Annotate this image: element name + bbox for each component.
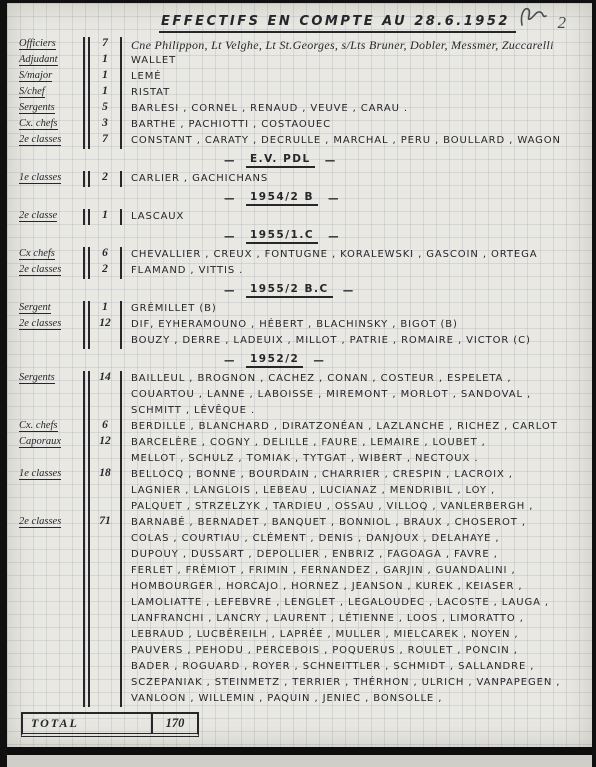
names-cell: CONSTANT , CARATY , DECRULLE , MARCHAL ,… [122,133,592,149]
count-cell: 6 [90,419,120,435]
double-rule [83,209,90,225]
count-cell: 1 [90,301,120,317]
rank-label: Sergent [19,302,51,314]
rank-label: 2e classes [19,134,61,146]
names-cell: CARLIER , GACHICHANS [122,171,592,187]
names-cell: WALLET [122,53,592,69]
rank-cell: Sergents [19,101,83,117]
roster-row: 2e classes7CONSTANT , CARATY , DECRULLE … [19,133,592,149]
count-cell: 1 [90,53,120,69]
name-line: PALQUET , STRZELZYK , TARDIEU , OSSAU , … [131,499,592,515]
name-line: HOMBOURGER , HORCAJO , HORNEZ , JEANSON … [131,579,592,595]
dash-right-icon: — [328,193,340,205]
name-line: LEBRAUD , LUCBÉREILH , LAPRÉE , MULLER ,… [131,627,592,643]
roster-body: Officiers7Cne Philippon, Lt Velghe, Lt S… [7,37,592,707]
name-line: LASCAUX [131,209,592,225]
count-cell: 6 [90,247,120,263]
rank-cell: Cx. chefs [19,419,83,435]
roster-row: 2e classes71BARNABÉ , BERNADET , BANQUET… [19,515,592,707]
rank-label: 2e classes [19,516,61,528]
rank-cell: Officiers [19,37,83,53]
roster-row: Adjudant1WALLET [19,53,592,69]
double-rule [83,133,90,149]
double-rule [83,37,90,53]
section-header-label: 1954/2 B [246,191,318,206]
rank-label: Cx. chefs [19,420,58,432]
name-line: LAMOLIATTE , LEFEBVRE , LENGLET , LEGALO… [131,595,592,611]
name-line: BARTHE , PACHIOTTI , COSTAOUEC [131,117,592,133]
count-cell: 1 [90,69,120,85]
roster-row: Sergents14BAILLEUL , BROGNON , CACHEZ , … [19,371,592,419]
rank-cell: S/chef [19,85,83,101]
rank-label: Officiers [19,38,56,50]
double-rule [83,419,90,435]
name-line: BARNABÉ , BERNADET , BANQUET , BONNIOL ,… [131,515,592,531]
name-line: BADER , ROGUARD , ROYER , SCHNEITTLER , … [131,659,592,675]
name-line: LANFRANCHI , LANCRY , LAURENT , LÉTIENNE… [131,611,592,627]
section-header: —1954/2 B— [19,190,592,207]
rank-label: 2e classes [19,264,61,276]
roster-row: 2e classe1LASCAUX [19,209,592,225]
rank-label: Cx. chefs [19,118,58,130]
name-line: VANLOON , WILLEMIN , PAQUIN , JENIEC , B… [131,691,592,707]
names-cell: DIF, EYHERAMOUNO , HÉBERT , BLACHINSKY ,… [122,317,592,349]
name-line: BELLOCQ , BONNE , BOURDAIN , CHARRIER , … [131,467,592,483]
dash-left-icon: — [224,285,236,297]
double-rule [83,247,90,263]
rank-label: 1e classes [19,172,61,184]
name-line: FLAMAND , VITTIS . [131,263,592,279]
rank-label: Adjudant [19,54,58,66]
double-rule [83,515,90,707]
name-line: BARLESI , CORNEL , RENAUD , VEUVE , CARA… [131,101,592,117]
names-cell: BELLOCQ , BONNE , BOURDAIN , CHARRIER , … [122,467,592,515]
section-header: —1955/2 B.C— [19,282,592,299]
count-cell: 2 [90,171,120,187]
title-area: EFFECTIFS EN COMPTE AU 28.6.1952 2 [7,3,592,37]
double-rule [83,69,90,85]
names-cell: BARNABÉ , BERNADET , BANQUET , BONNIOL ,… [122,515,592,707]
count-cell: 1 [90,209,120,225]
name-line: PAUVERS , PEHODU , PERCEBOIS , POQUERUS … [131,643,592,659]
rank-label: 2e classes [19,318,61,330]
rank-label: Sergents [19,102,55,114]
double-rule [83,263,90,279]
rank-label: Caporaux [19,436,61,448]
name-line: BERDILLE , BLANCHARD , DIRATZONÉAN , LAZ… [131,419,592,435]
count-cell: 7 [90,37,120,53]
rank-cell: 2e classes [19,317,83,349]
roster-row: 2e classes12DIF, EYHERAMOUNO , HÉBERT , … [19,317,592,349]
count-cell: 7 [90,133,120,149]
double-rule [83,53,90,69]
roster-row: Sergent1GRÉMILLET (B) [19,301,592,317]
dash-left-icon: — [224,193,236,205]
roster-row: S/major1LEMÉ [19,69,592,85]
count-cell: 12 [90,317,120,349]
roster-row: Sergents5BARLESI , CORNEL , RENAUD , VEU… [19,101,592,117]
double-rule [83,85,90,101]
name-line: MELLOT , SCHULZ , TOMIAK , TYTGAT , WIBE… [131,451,592,467]
dash-right-icon: — [343,285,355,297]
count-cell: 1 [90,85,120,101]
rank-cell: Sergent [19,301,83,317]
scan-bottom-strip [7,755,592,767]
roster-row: 2e classes2FLAMAND , VITTIS . [19,263,592,279]
names-cell: BARLESI , CORNEL , RENAUD , VEUVE , CARA… [122,101,592,117]
count-cell: 3 [90,117,120,133]
rank-cell: 2e classe [19,209,83,225]
double-rule [83,371,90,419]
double-rule [83,435,90,467]
annotation-number: 2 [558,13,567,33]
name-line: FERLET , FRÉMIOT , FRIMIN , FERNANDEZ , … [131,563,592,579]
section-header-label: 1952/2 [246,353,303,368]
name-line: LEMÉ [131,69,592,85]
name-line: CARLIER , GACHICHANS [131,171,592,187]
names-cell: FLAMAND , VITTIS . [122,263,592,279]
count-cell: 2 [90,263,120,279]
count-cell: 71 [90,515,120,707]
rank-cell: Cx chefs [19,247,83,263]
page-title: EFFECTIFS EN COMPTE AU 28.6.1952 [159,14,516,33]
pencil-paraph-icon [518,5,556,31]
roster-row: Caporaux12BARCELÈRE , COGNY , DELILLE , … [19,435,592,467]
names-cell: LEMÉ [122,69,592,85]
rank-label: Sergents [19,372,55,384]
rank-cell: Adjudant [19,53,83,69]
name-line: CHEVALLIER , CREUX , FONTUGNE , KORALEWS… [131,247,592,263]
scan-bottom-edge [7,747,592,755]
rank-cell: 1e classes [19,467,83,515]
rank-cell: 2e classes [19,263,83,279]
register-page: EFFECTIFS EN COMPTE AU 28.6.1952 2 Offic… [7,3,592,747]
double-rule [83,171,90,187]
names-cell: GRÉMILLET (B) [122,301,592,317]
name-line: DIF, EYHERAMOUNO , HÉBERT , BLACHINSKY ,… [131,317,592,333]
rank-label: 2e classe [19,210,57,222]
rank-cell: 1e classes [19,171,83,187]
rank-label: S/major [19,70,52,82]
section-header-label: E.V. PDL [246,153,315,168]
name-line: BOUZY , DERRE , LADEUIX , MILLOT , PATRI… [131,333,592,349]
names-cell: BAILLEUL , BROGNON , CACHEZ , CONAN , CO… [122,371,592,419]
double-rule [83,467,90,515]
roster-row: 1e classes18BELLOCQ , BONNE , BOURDAIN ,… [19,467,592,515]
name-line: CONSTANT , CARATY , DECRULLE , MARCHAL ,… [131,133,592,149]
double-rule [83,101,90,117]
count-cell: 5 [90,101,120,117]
scanned-page: EFFECTIFS EN COMPTE AU 28.6.1952 2 Offic… [0,0,596,767]
double-rule [83,317,90,349]
name-line: COLAS , COURTIAU , CLÉMENT , DENIS , DAN… [131,531,592,547]
section-header: —1955/1.C— [19,228,592,245]
name-line: SCZEPANIAK , STEINMETZ , TERRIER , THÉRH… [131,675,592,691]
section-header-label: 1955/2 B.C [246,283,333,298]
name-line: BARCELÈRE , COGNY , DELILLE , FAURE , LE… [131,435,592,451]
total-label: TOTAL [23,714,151,733]
names-cell: LASCAUX [122,209,592,225]
roster-row: Cx. chefs3BARTHE , PACHIOTTI , COSTAOUEC [19,117,592,133]
section-header: —1952/2— [19,352,592,369]
names-cell: Cne Philippon, Lt Velghe, Lt St.Georges,… [122,37,592,53]
names-cell: BARTHE , PACHIOTTI , COSTAOUEC [122,117,592,133]
rank-label: Cx chefs [19,248,55,260]
name-line: SCHMITT , LÉVÊQUE . [131,403,592,419]
rank-cell: Sergents [19,371,83,419]
names-cell: RISTAT [122,85,592,101]
double-rule [83,301,90,317]
roster-row: Cx. chefs6BERDILLE , BLANCHARD , DIRATZO… [19,419,592,435]
roster-row: S/chef1RISTAT [19,85,592,101]
dash-right-icon: — [328,231,340,243]
rank-cell: Cx. chefs [19,117,83,133]
name-line: COUARTOU , LANNE , LABOISSE , MIREMONT ,… [131,387,592,403]
rank-label: S/chef [19,86,45,98]
count-cell: 18 [90,467,120,515]
dash-left-icon: — [224,155,236,167]
total-row: TOTAL 170 [21,712,199,737]
names-cell: BERDILLE , BLANCHARD , DIRATZONÉAN , LAZ… [122,419,592,435]
name-line: Cne Philippon, Lt Velghe, Lt St.Georges,… [131,37,592,53]
rank-cell: Caporaux [19,435,83,467]
double-rule [83,117,90,133]
rank-label: 1e classes [19,468,61,480]
rank-cell: S/major [19,69,83,85]
total-value: 170 [153,714,197,733]
name-line: LAGNIER , LANGLOIS , LEBEAU , LUCIANAZ ,… [131,483,592,499]
section-header: —E.V. PDL— [19,152,592,169]
count-cell: 12 [90,435,120,467]
name-line: RISTAT [131,85,592,101]
count-cell: 14 [90,371,120,419]
name-line: GRÉMILLET (B) [131,301,592,317]
names-cell: BARCELÈRE , COGNY , DELILLE , FAURE , LE… [122,435,592,467]
pencil-annotation: 2 [518,5,567,33]
roster-row: 1e classes2CARLIER , GACHICHANS [19,171,592,187]
roster-row: Cx chefs6CHEVALLIER , CREUX , FONTUGNE ,… [19,247,592,263]
dash-left-icon: — [224,231,236,243]
roster-row: Officiers7Cne Philippon, Lt Velghe, Lt S… [19,37,592,53]
name-line: DUPOUY , DUSSART , DEPOLLIER , ENBRIZ , … [131,547,592,563]
rank-cell: 2e classes [19,133,83,149]
dash-left-icon: — [224,355,236,367]
dash-right-icon: — [325,155,337,167]
section-header-label: 1955/1.C [246,229,318,244]
rank-cell: 2e classes [19,515,83,707]
name-line: WALLET [131,53,592,69]
names-cell: CHEVALLIER , CREUX , FONTUGNE , KORALEWS… [122,247,592,263]
dash-right-icon: — [313,355,325,367]
name-line: BAILLEUL , BROGNON , CACHEZ , CONAN , CO… [131,371,592,387]
